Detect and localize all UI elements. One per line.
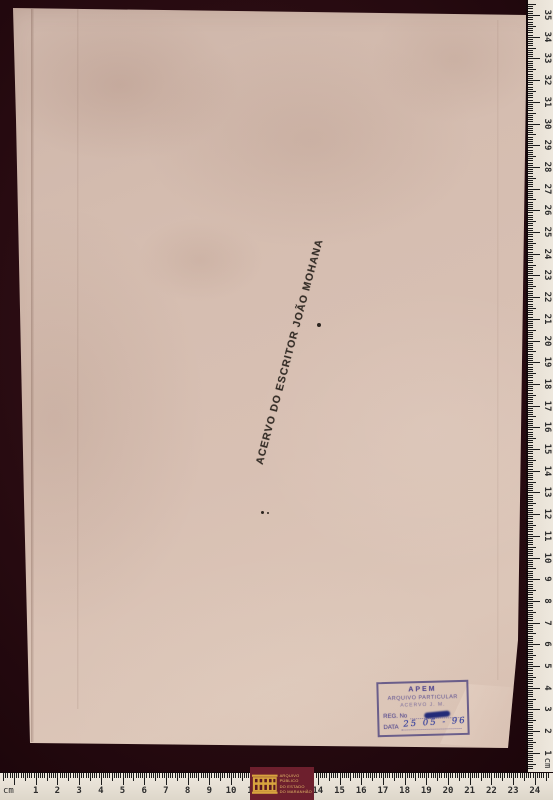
ruler-tick — [528, 167, 540, 168]
ruler-tick — [209, 773, 210, 785]
ruler-tick — [342, 773, 343, 778]
ruler-tick — [528, 523, 533, 524]
ruler-tick — [120, 773, 121, 778]
ruler-tick — [392, 773, 393, 778]
ruler-tick — [496, 773, 497, 778]
ruler-tick — [355, 773, 356, 778]
ruler-tick — [528, 221, 536, 222]
ruler-number: 28 — [542, 159, 552, 175]
ruler-tick — [422, 773, 423, 778]
ruler-tick — [528, 384, 540, 385]
ruler-tick — [201, 773, 202, 778]
ruler-horizontal-unit-label: cm — [3, 786, 14, 796]
ruler-tick — [528, 764, 536, 765]
ruler-tick — [528, 599, 533, 600]
ruler-number: 3 — [542, 701, 552, 717]
ruler-tick — [528, 215, 533, 216]
ruler-tick — [528, 414, 533, 415]
ruler-tick — [528, 150, 533, 151]
ruler-tick — [331, 773, 332, 778]
ruler-tick — [528, 377, 533, 378]
ruler-number: 4 — [92, 786, 110, 796]
ruler-tick — [528, 662, 533, 663]
ruler-tick — [528, 720, 536, 721]
ruler-tick — [370, 773, 371, 778]
ruler-tick — [216, 773, 217, 778]
ruler-tick — [528, 17, 533, 18]
ruler-tick — [235, 773, 236, 778]
ruler-tick — [528, 147, 533, 148]
ruler-tick — [107, 773, 108, 778]
ruler-tick — [528, 228, 533, 229]
ruler-tick — [528, 742, 536, 743]
ruler-tick — [528, 369, 533, 370]
ruler-tick — [528, 616, 533, 617]
ruler-tick — [528, 28, 533, 29]
ruler-tick — [468, 773, 469, 778]
ruler-tick — [528, 78, 533, 79]
ruler-tick — [194, 773, 195, 778]
ruler-tick — [528, 191, 533, 192]
ruler-tick — [528, 568, 536, 569]
ruler-tick — [528, 212, 533, 213]
ruler-tick — [524, 773, 525, 781]
ruler-tick — [83, 773, 84, 778]
ruler-tick — [452, 773, 453, 778]
ruler-tick — [528, 581, 533, 582]
ruler-tick — [528, 601, 540, 602]
ruler-tick — [481, 773, 482, 781]
ruler-tick — [528, 686, 533, 687]
ruler-tick — [528, 364, 533, 365]
ruler-tick — [528, 169, 533, 170]
ruler-tick — [211, 773, 212, 778]
ruler-tick — [162, 773, 163, 778]
ruler-tick — [528, 165, 533, 166]
ruler-tick — [528, 729, 533, 730]
ruler-tick — [238, 773, 239, 778]
ruler-tick — [183, 773, 184, 778]
ruler-tick — [528, 447, 533, 448]
ruler-tick — [170, 773, 171, 778]
ruler-tick — [246, 773, 247, 778]
ruler-tick — [528, 690, 533, 691]
ruler-tick — [376, 773, 377, 778]
ruler-tick — [528, 738, 533, 739]
ruler-tick — [528, 262, 533, 263]
ruler-tick — [528, 440, 533, 441]
ruler-tick — [205, 773, 206, 778]
ruler-tick — [522, 773, 523, 778]
ruler-tick — [528, 308, 536, 309]
ruler-number: 18 — [542, 376, 552, 392]
ruler-tick — [244, 773, 245, 778]
ruler-tick — [528, 442, 533, 443]
ruler-tick — [231, 773, 232, 785]
ruler-tick — [459, 773, 460, 781]
ruler-tick — [407, 773, 408, 778]
ruler-tick — [528, 373, 536, 374]
ruler-number: 17 — [542, 398, 552, 414]
ruler-number: 21 — [461, 786, 479, 796]
registry-stamp-line3: ACERVO J. M. — [383, 701, 463, 710]
ruler-tick — [528, 594, 533, 595]
ruler-tick — [528, 577, 533, 578]
ruler-tick — [528, 761, 533, 762]
ruler-tick — [140, 773, 141, 778]
ruler-tick — [528, 15, 540, 16]
ruler-tick — [198, 773, 199, 781]
paper-crease-left-faint — [77, 9, 79, 709]
ruler-tick — [489, 773, 490, 778]
ruler-number: 23 — [542, 267, 552, 283]
ruler-tick — [214, 773, 215, 778]
ruler-tick — [528, 694, 533, 695]
ruler-tick — [528, 54, 533, 55]
ruler-tick — [131, 773, 132, 778]
ruler-tick — [431, 773, 432, 778]
ruler-tick — [528, 709, 540, 710]
ruler-tick — [528, 427, 540, 428]
ruler-tick — [528, 152, 533, 153]
ruler-tick — [55, 773, 56, 778]
ruler-tick — [528, 610, 533, 611]
ruler-tick — [528, 37, 540, 38]
ruler-tick — [426, 773, 427, 785]
ruler-tick — [528, 677, 536, 678]
ruler-tick — [29, 773, 30, 778]
apem-logo-text: ARQUIVO PÚBLICO DO ESTADO DO MARANHÃO — [280, 773, 312, 794]
ruler-tick — [528, 321, 533, 322]
ruler-tick — [528, 612, 536, 613]
ruler-tick — [49, 773, 50, 778]
ruler-tick — [129, 773, 130, 778]
ruler-tick — [18, 773, 19, 778]
ruler-tick — [385, 773, 386, 778]
ruler-number: 24 — [542, 246, 552, 262]
ruler-tick — [528, 566, 533, 567]
ruler-tick — [25, 773, 26, 781]
ruler-tick — [528, 39, 533, 40]
ruler-tick — [528, 588, 533, 589]
ruler-number: 34 — [542, 29, 552, 45]
ruler-tick — [528, 91, 536, 92]
ruler-tick — [528, 95, 533, 96]
ruler-tick — [428, 773, 429, 778]
ruler-tick — [511, 773, 512, 778]
ruler-tick — [528, 419, 533, 420]
ruler-tick — [123, 773, 124, 785]
ruler-tick — [528, 271, 533, 272]
ruler-tick — [528, 573, 533, 574]
ruler-tick — [528, 110, 533, 111]
ruler-tick — [363, 773, 364, 778]
ruler-tick — [528, 8, 533, 9]
ruler-tick — [398, 773, 399, 778]
ruler-tick — [379, 773, 380, 778]
ruler-tick — [470, 773, 471, 785]
ruler-tick — [528, 258, 533, 259]
ruler-tick — [485, 773, 486, 778]
ruler-tick — [533, 773, 534, 778]
ruler-tick — [528, 267, 533, 268]
ruler-tick — [435, 773, 436, 778]
ruler-tick — [528, 386, 533, 387]
ruler-tick — [528, 119, 533, 120]
ruler-tick — [528, 631, 533, 632]
ruler-tick — [528, 579, 540, 580]
ruler-tick — [528, 254, 540, 255]
ruler-tick — [528, 65, 533, 66]
ruler-tick — [366, 773, 367, 778]
ruler-tick — [528, 56, 533, 57]
ruler-tick — [528, 773, 529, 778]
ruler-tick — [528, 241, 533, 242]
ruler-tick — [528, 178, 536, 179]
ruler-tick — [528, 301, 533, 302]
ruler-tick — [528, 310, 533, 311]
ruler-tick — [31, 773, 32, 778]
ruler-tick — [185, 773, 186, 778]
ruler-tick — [344, 773, 345, 778]
ruler-tick — [528, 510, 533, 511]
ruler-tick — [528, 113, 536, 114]
ruler-tick — [448, 773, 449, 785]
ruler-number: 20 — [542, 333, 552, 349]
ruler-tick — [528, 104, 533, 105]
ruler-tick — [528, 278, 533, 279]
ruler-tick — [528, 80, 540, 81]
ruler-tick — [528, 603, 533, 604]
ruler-tick — [528, 460, 536, 461]
ruler-tick — [528, 239, 533, 240]
ruler-tick — [528, 327, 533, 328]
ruler-tick — [528, 245, 533, 246]
ruler-number: 27 — [542, 181, 552, 197]
ruler-tick — [528, 286, 536, 287]
ruler-tick — [10, 773, 11, 778]
ruler-tick — [164, 773, 165, 778]
ruler-tick — [528, 275, 540, 276]
ruler-tick — [179, 773, 180, 778]
ruler-tick — [528, 354, 533, 355]
ruler-tick — [79, 773, 80, 785]
ruler-tick — [528, 484, 533, 485]
ruler-tick — [528, 410, 533, 411]
ruler-tick — [528, 655, 536, 656]
ruler-tick — [528, 180, 533, 181]
ruler-tick — [528, 97, 533, 98]
ruler-tick — [528, 551, 533, 552]
ruler-tick — [433, 773, 434, 778]
ruler-tick — [528, 106, 533, 107]
ruler-tick — [528, 367, 533, 368]
ruler-tick — [528, 560, 533, 561]
ruler-tick — [528, 126, 533, 127]
ruler-tick — [528, 620, 533, 621]
ruler-tick — [528, 124, 540, 125]
ruler-tick — [528, 13, 533, 14]
ruler-tick — [125, 773, 126, 778]
ruler-tick — [528, 252, 533, 253]
ruler-tick — [528, 52, 533, 53]
ruler-tick — [5, 773, 6, 778]
ruler-vertical: cm 3534333231302928272625242322212019181… — [526, 0, 553, 773]
ruler-tick — [528, 30, 533, 31]
ruler-tick — [350, 773, 351, 781]
ruler-tick — [153, 773, 154, 778]
ruler-tick — [192, 773, 193, 778]
ruler-tick — [528, 74, 533, 75]
ruler-tick — [478, 773, 479, 778]
ruler-tick — [528, 755, 533, 756]
ruler-tick — [528, 128, 533, 129]
ruler-tick — [528, 495, 533, 496]
ruler-tick — [528, 597, 533, 598]
ruler-number: 19 — [417, 786, 435, 796]
ruler-tick — [528, 748, 533, 749]
ruler-tick — [146, 773, 147, 778]
ruler-tick — [405, 773, 406, 785]
ruler-tick — [543, 773, 544, 778]
ruler-tick — [190, 773, 191, 778]
ruler-tick — [528, 538, 533, 539]
ruler-tick — [528, 356, 533, 357]
ruler-number: 24 — [526, 786, 544, 796]
ruler-tick — [528, 453, 533, 454]
ruler-tick — [528, 71, 533, 72]
ruler-tick — [494, 773, 495, 778]
ruler-tick — [528, 768, 533, 769]
handwritten-date: 25 05 - 96 — [403, 716, 467, 732]
ruler-tick — [528, 219, 533, 220]
ruler-tick — [528, 406, 540, 407]
ruler-tick — [528, 744, 533, 745]
ruler-tick — [528, 173, 533, 174]
ruler-number: 32 — [542, 72, 552, 88]
ruler-tick — [411, 773, 412, 778]
ruler-tick — [528, 592, 533, 593]
ruler-tick — [144, 773, 145, 785]
ruler-tick — [320, 773, 321, 778]
ruler-tick — [86, 773, 87, 778]
logo-text-line: DO MARANHÃO — [280, 789, 312, 794]
ruler-tick — [528, 627, 533, 628]
ruler-tick — [528, 334, 533, 335]
ruler-tick — [109, 773, 110, 778]
ruler-tick — [528, 11, 533, 12]
ruler-tick — [528, 195, 533, 196]
ruler-tick — [528, 323, 533, 324]
ink-speck — [267, 512, 269, 514]
ruler-tick — [528, 225, 533, 226]
ruler-tick — [528, 297, 540, 298]
ruler-tick — [528, 540, 533, 541]
ruler-tick — [528, 558, 540, 559]
ruler-tick — [142, 773, 143, 778]
ruler-tick — [528, 673, 533, 674]
ruler-tick — [528, 204, 533, 205]
ruler-number: 1 — [542, 745, 552, 761]
ruler-tick — [166, 773, 167, 785]
ruler-tick — [528, 115, 533, 116]
ruler-tick — [528, 607, 533, 608]
ruler-tick — [324, 773, 325, 778]
ruler-tick — [337, 773, 338, 778]
ruler-tick — [528, 399, 533, 400]
ruler-number: 1 — [27, 786, 45, 796]
ruler-tick — [528, 347, 533, 348]
ruler-tick — [528, 434, 533, 435]
ruler-tick — [528, 670, 533, 671]
ruler-tick — [528, 727, 533, 728]
ruler-tick — [220, 773, 221, 781]
ruler-tick — [528, 659, 533, 660]
ruler-tick — [537, 773, 538, 778]
ruler-tick — [40, 773, 41, 778]
ruler-tick — [528, 735, 533, 736]
ruler-tick — [326, 773, 327, 778]
ruler-tick — [461, 773, 462, 778]
ruler-tick — [116, 773, 117, 778]
ruler-number: 3 — [70, 786, 88, 796]
ruler-tick — [528, 536, 540, 537]
ruler-number: 15 — [542, 441, 552, 457]
ruler-tick — [528, 145, 540, 146]
ruler-tick — [172, 773, 173, 778]
ruler-tick — [528, 26, 536, 27]
ruler-tick — [528, 555, 533, 556]
ruler-tick — [528, 438, 536, 439]
ruler-tick — [528, 243, 536, 244]
ruler-tick — [526, 773, 527, 778]
ruler-tick — [500, 773, 501, 778]
ruler-tick — [240, 773, 241, 778]
ruler-tick — [528, 247, 533, 248]
ruler-tick — [105, 773, 106, 778]
ruler-tick — [528, 284, 533, 285]
ruler-tick — [16, 773, 17, 778]
ruler-tick — [528, 534, 533, 535]
ruler-tick — [528, 345, 533, 346]
ruler-number: 10 — [542, 550, 552, 566]
ruler-tick — [528, 488, 533, 489]
ruler-tick — [528, 397, 533, 398]
ruler-tick — [60, 773, 61, 778]
ruler-tick — [528, 703, 533, 704]
ruler-tick — [528, 544, 533, 545]
ruler-tick — [227, 773, 228, 778]
ruler-tick — [528, 176, 533, 177]
ruler-tick — [203, 773, 204, 778]
ruler-tick — [528, 497, 533, 498]
ruler-tick — [528, 527, 533, 528]
ruler-tick — [81, 773, 82, 778]
ruler-tick — [528, 757, 533, 758]
ruler-tick — [528, 388, 533, 389]
ruler-tick — [528, 217, 533, 218]
ruler-tick — [483, 773, 484, 778]
ruler-tick — [444, 773, 445, 778]
ruler-tick — [528, 514, 540, 515]
ruler-tick — [528, 657, 533, 658]
ruler-tick — [528, 256, 533, 257]
ruler-tick — [528, 158, 533, 159]
ruler-tick — [528, 184, 533, 185]
ruler-number: 5 — [114, 786, 132, 796]
ruler-tick — [528, 341, 540, 342]
ruler-tick — [528, 280, 533, 281]
